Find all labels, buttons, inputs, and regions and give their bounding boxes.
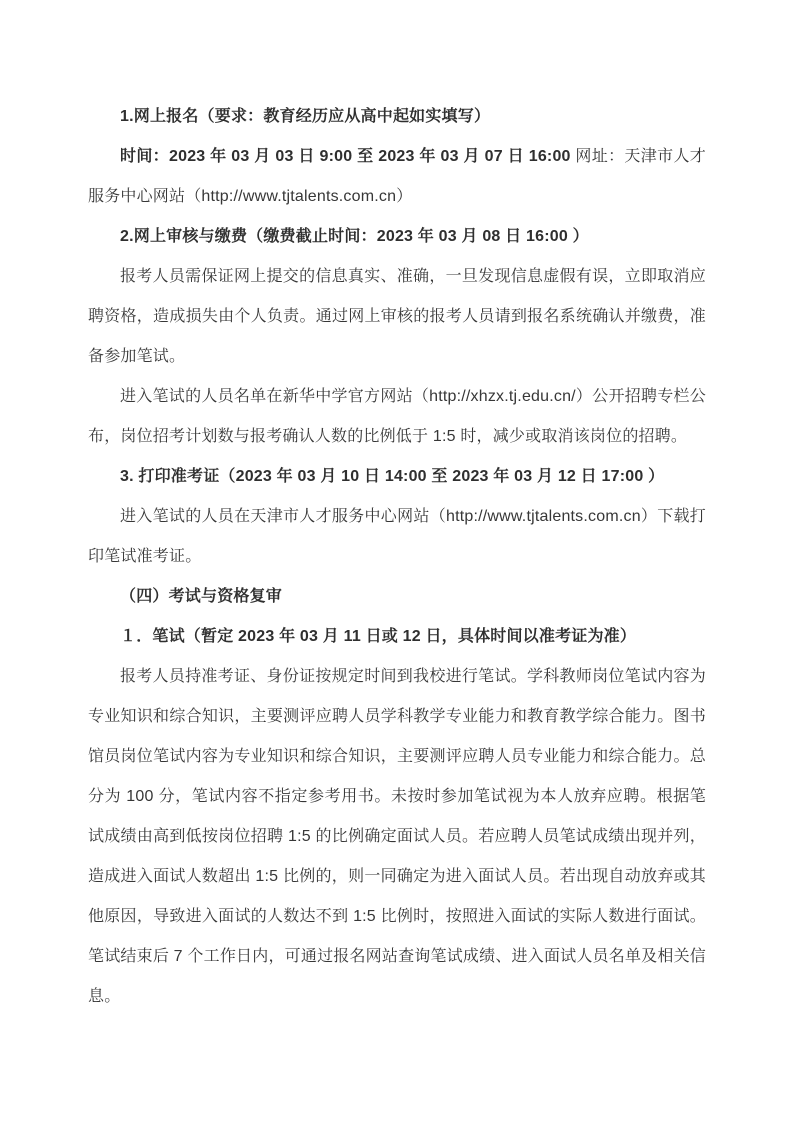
text-run: 报考人员持准考证、身份证按规定时间到我校进行笔试。学科教师岗位笔试内容为专业知识… [88,668,706,1005]
written-test-list-notice: 进入笔试的人员名单在新华中学官方网站（http://xhzx.tj.edu.cn… [88,377,706,457]
section4-exam-and-qualification-review-heading: （四）考试与资格复审 [88,577,706,617]
bold-text-run: 2.网上审核与缴费（缴费截止时间：2023 年 03 月 08 日 16:00 … [120,228,589,245]
text-run: 进入笔试的人员名单在新华中学官方网站（http://xhzx.tj.edu.cn… [88,388,706,445]
written-exam-heading: １．笔试（暂定 2023 年 03 月 11 日或 12 日，具体时间以准考证为… [88,617,706,657]
bold-text-run: 1.网上报名（要求：教育经历应从高中起如实填写） [120,108,490,125]
bold-text-run: （四）考试与资格复审 [120,588,282,605]
step1-online-registration-heading: 1.网上报名（要求：教育经历应从高中起如实填写） [88,97,706,137]
step2-review-payment-heading: 2.网上审核与缴费（缴费截止时间：2023 年 03 月 08 日 16:00 … [88,217,706,257]
step3-body: 进入笔试的人员在天津市人才服务中心网站（http://www.tjtalents… [88,497,706,577]
written-exam-body: 报考人员持准考证、身份证按规定时间到我校进行笔试。学科教师岗位笔试内容为专业知识… [88,657,706,1017]
text-run: 进入笔试的人员在天津市人才服务中心网站（http://www.tjtalents… [88,508,706,565]
text-run: 报考人员需保证网上提交的信息真实、准确，一旦发现信息虚假有误，立即取消应聘资格，… [88,268,706,365]
step1-time-and-website: 时间：2023 年 03 月 03 日 9:00 至 2023 年 03 月 0… [88,137,706,217]
step3-print-admission-ticket-heading: 3. 打印准考证（2023 年 03 月 10 日 14:00 至 2023 年… [88,457,706,497]
bold-text-run: 时间：2023 年 03 月 03 日 9:00 至 2023 年 03 月 0… [120,148,575,165]
document-page: 1.网上报名（要求：教育经历应从高中起如实填写）时间：2023 年 03 月 0… [0,0,793,1122]
bold-text-run: 3. 打印准考证（2023 年 03 月 10 日 14:00 至 2023 年… [120,468,664,485]
document-content: 1.网上报名（要求：教育经历应从高中起如实填写）时间：2023 年 03 月 0… [88,97,706,1017]
step2-body: 报考人员需保证网上提交的信息真实、准确，一旦发现信息虚假有误，立即取消应聘资格，… [88,257,706,377]
bold-text-run: １．笔试（暂定 2023 年 03 月 11 日或 12 日，具体时间以准考证为… [120,628,636,645]
